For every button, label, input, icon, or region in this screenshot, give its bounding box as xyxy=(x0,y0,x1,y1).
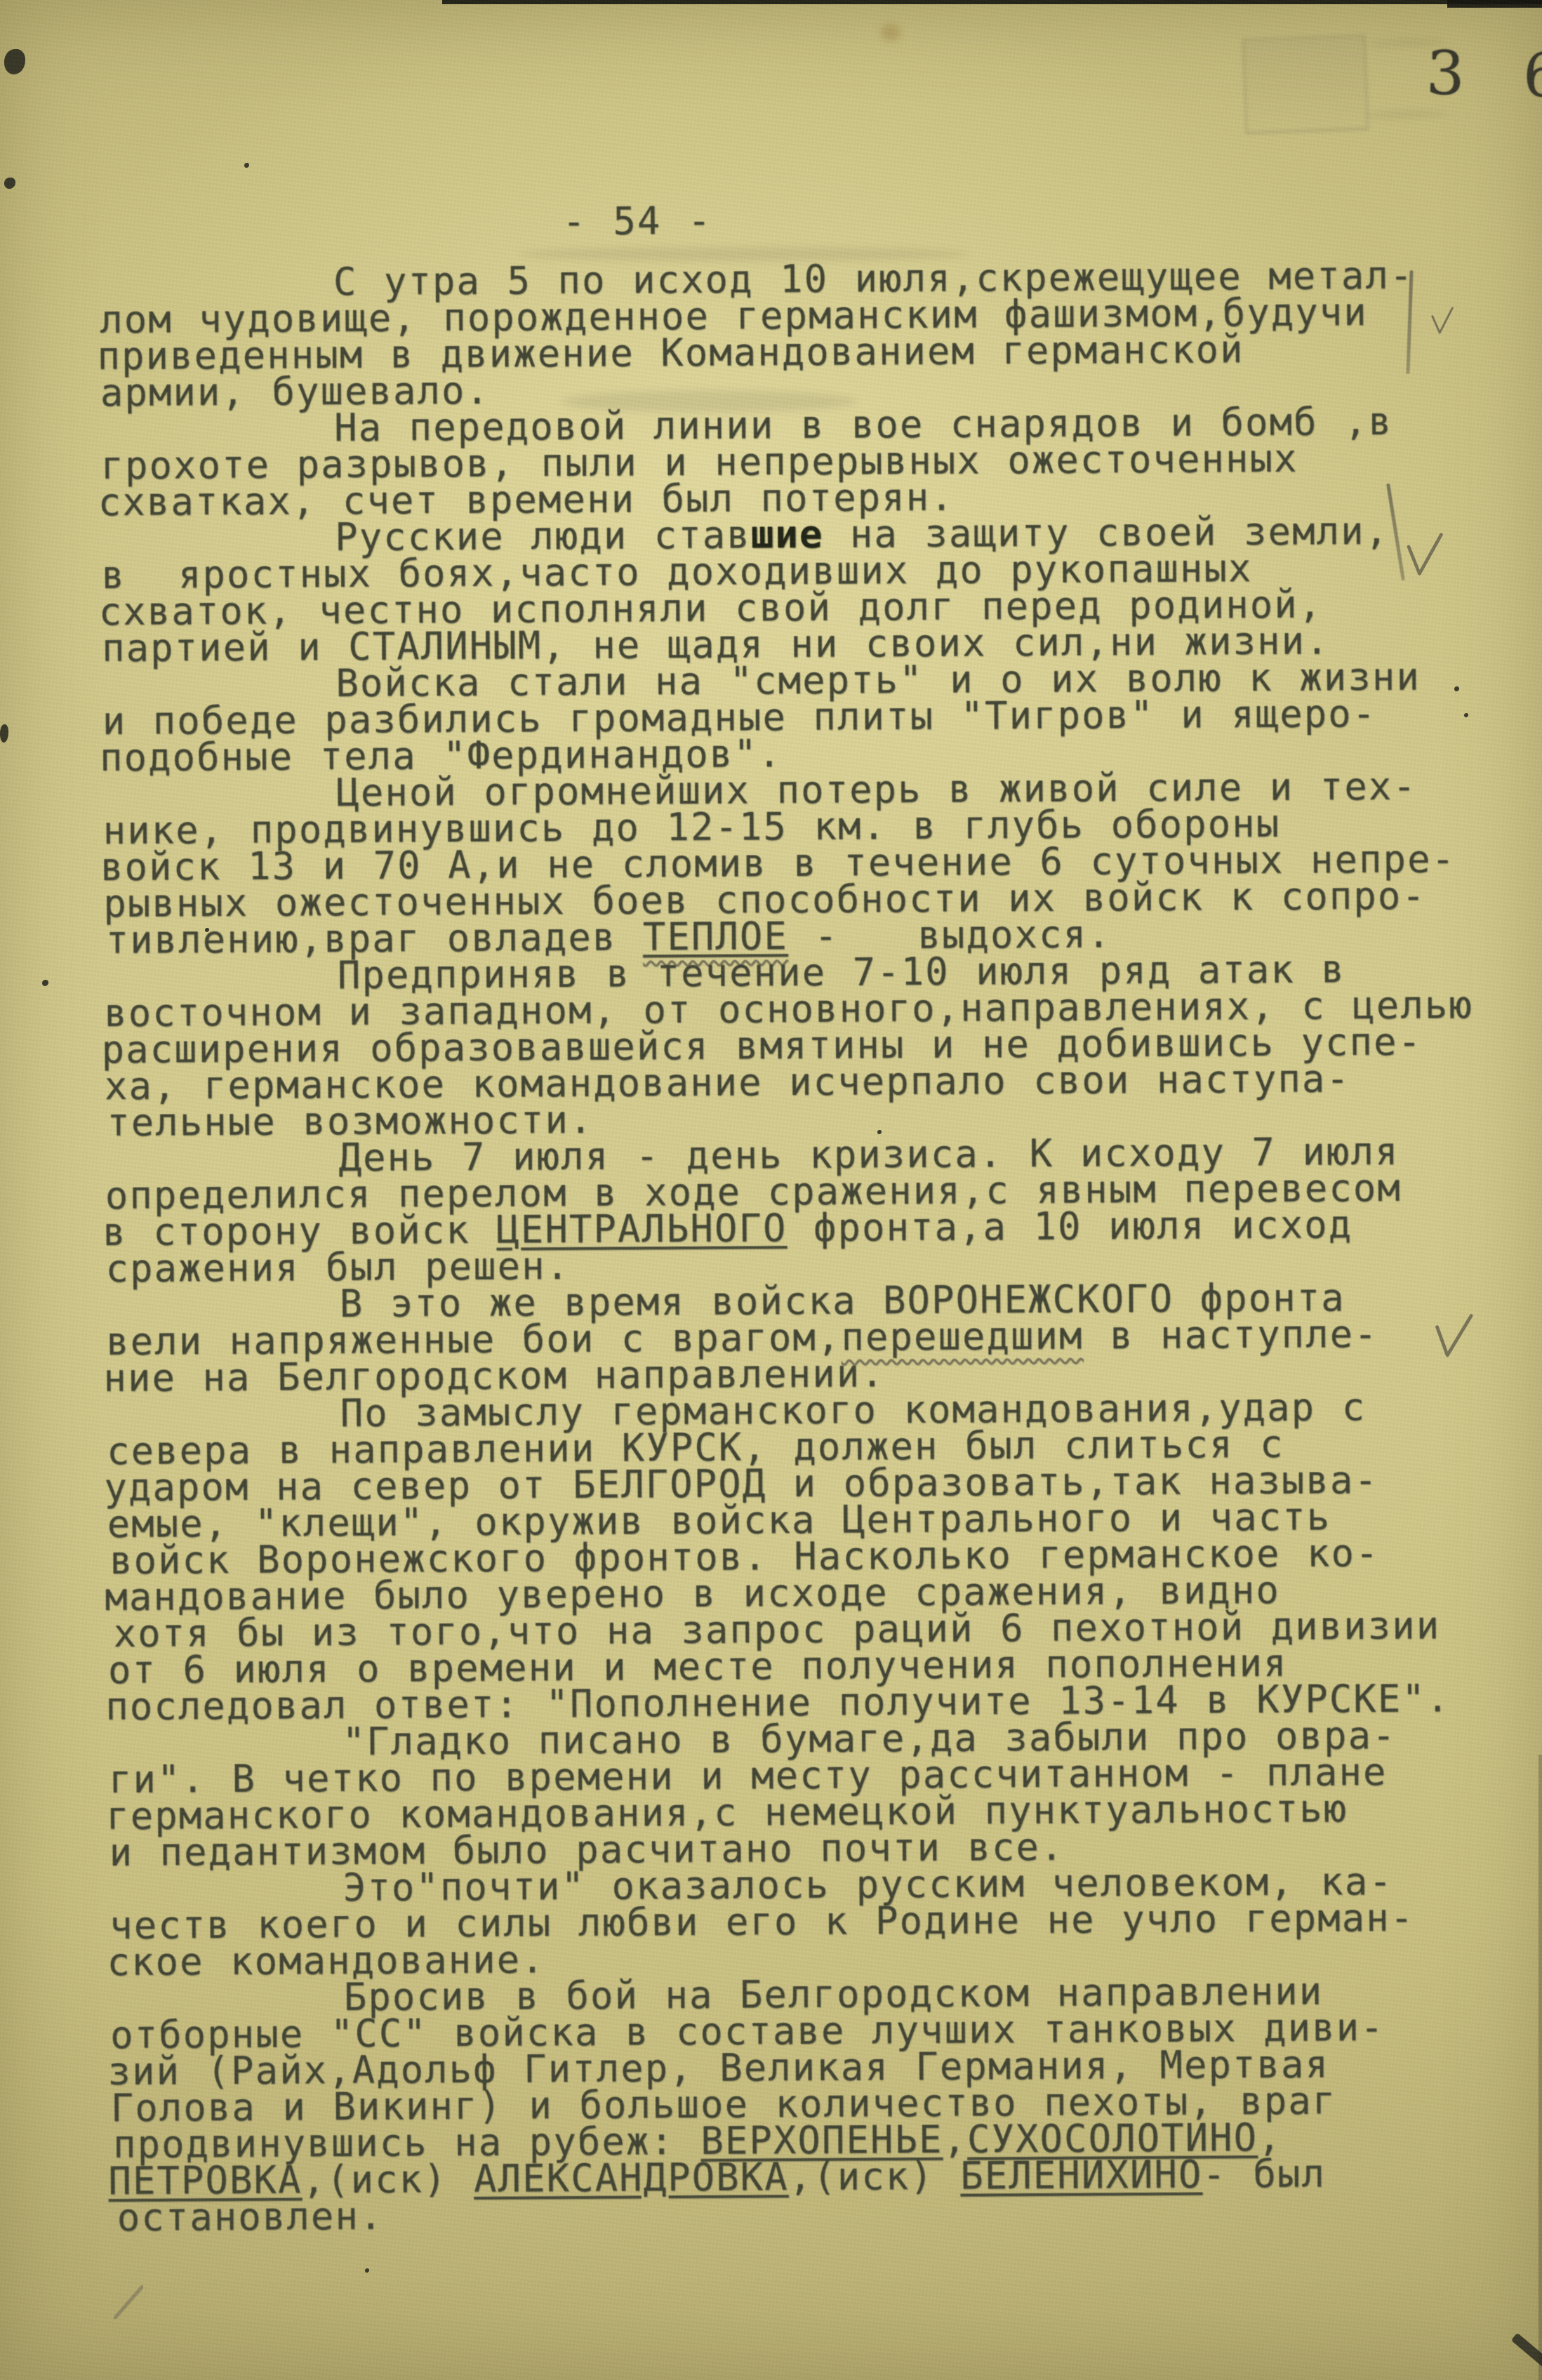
paragraph: Предприняв в течение 7-10 июля ряд атак … xyxy=(104,950,1516,1141)
text-line: ПЕТРОВКА,(иск) АЛЕКСАНДРОВКА,(иск) БЕЛЕН… xyxy=(108,2155,1522,2200)
paragraph: "Гладко писано в бумаге,да забыли про ов… xyxy=(108,1717,1520,1871)
faint-stamp-impression xyxy=(1242,34,1369,134)
paper-stain xyxy=(881,24,900,41)
scan-edge-artifact xyxy=(1447,0,1542,8)
text-line: и победе разбились громадные плиты "Тигр… xyxy=(102,695,1513,740)
document-page: 3 6 - 54 - С утра 5 по исход 10 июля,скр… xyxy=(0,0,1542,2380)
paragraph: С утра 5 по исход 10 июля,скрежещущее ме… xyxy=(100,257,1511,411)
text-line: честв коего и силы любви его к Родине не… xyxy=(109,1899,1520,1944)
ink-speck xyxy=(365,2268,369,2273)
typewritten-text-block: - 54 - С утра 5 по исход 10 июля,скрежещ… xyxy=(99,195,1522,2236)
document-body: С утра 5 по исход 10 июля,скрежещущее ме… xyxy=(100,257,1522,2236)
archive-page-stamp: 3 6 xyxy=(1425,42,1542,109)
paragraph: Это"почти" оказалось русским человеком, … xyxy=(109,1863,1521,1981)
paragraph: Бросив в бой на Белгородском направлении… xyxy=(110,1972,1522,2236)
text-line: ха, германское командование исчерпало св… xyxy=(105,1060,1515,1105)
text-line: в сторону войск ЦЕНТРАЛЬНОГО фронта,а 10… xyxy=(102,1206,1516,1251)
paragraph: По замыслу германского командования,удар… xyxy=(107,1388,1520,1725)
scan-edge-artifact xyxy=(442,0,1542,4)
paragraph: На передовой линии в вое снарядов и бомб… xyxy=(100,403,1512,521)
paragraph: Русские люди ставшие на защиту своей зем… xyxy=(101,512,1513,667)
page-number: - 54 - xyxy=(562,195,1510,243)
ink-speck xyxy=(4,178,15,189)
paragraph: Войска стали на "смерть" и о их волю к ж… xyxy=(102,658,1513,776)
bottom-corner-mark xyxy=(1511,2333,1542,2369)
paragraph: Ценой огромнейших потерь в живой силе и … xyxy=(102,768,1515,959)
paragraph: День 7 июля - день кризиса. К исходу 7 и… xyxy=(105,1133,1516,1287)
scan-edge-artifact xyxy=(1538,1755,1542,2380)
paragraph: В это же время войска ВОРОНЕЖСКОГО фронт… xyxy=(106,1279,1517,1397)
paper-hole xyxy=(4,49,25,74)
edge-tick xyxy=(0,724,8,743)
faint-mark xyxy=(1364,110,1449,119)
ink-speck xyxy=(244,163,249,168)
ink-speck xyxy=(42,980,48,986)
pencil-scratch xyxy=(114,2285,143,2319)
